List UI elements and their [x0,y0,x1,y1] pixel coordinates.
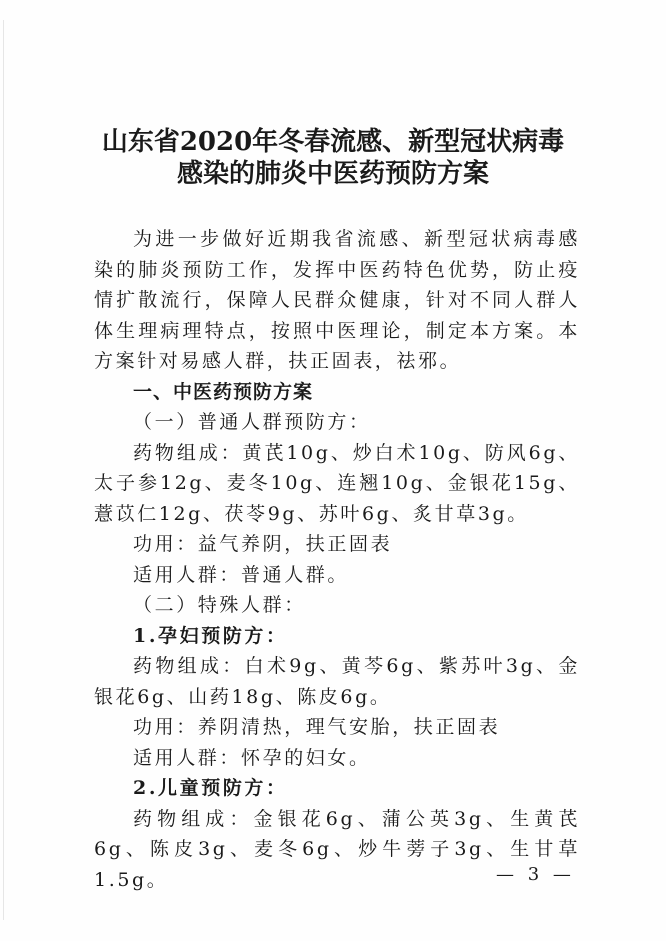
document-body: 为进一步做好近期我省流感、新型冠状病毒感染的肺炎预防工作，发挥中医药特色优势，防… [94,224,580,895]
document-title-line1: 山东省2020年冬春流感、新型冠状病毒 [0,126,666,158]
pregnant-function: 功用：养阴清热，理气安胎，扶正固表 [94,712,580,743]
special-heading: （二）特殊人群： [94,590,580,621]
general-composition: 药物组成：黄芪10g、炒白术10g、防风6g、太子参12g、麦冬10g、连翘10… [94,438,580,530]
children-heading: 2.儿童预防方： [94,773,580,804]
pregnant-population: 适用人群：怀孕的妇女。 [94,743,580,774]
document-page: 山东省2020年冬春流感、新型冠状病毒 感染的肺炎中医药预防方案 为进一步做好近… [0,0,666,941]
pregnant-heading: 1.孕妇预防方： [94,621,580,652]
document-title-line2: 感染的肺炎中医药预防方案 [0,158,666,190]
section-heading: 一、中医药预防方案 [94,377,580,408]
pregnant-composition: 药物组成：白术9g、黄芩6g、紫苏叶3g、金银花6g、山药18g、陈皮6g。 [94,651,580,712]
intro-paragraph: 为进一步做好近期我省流感、新型冠状病毒感染的肺炎预防工作，发挥中医药特色优势，防… [94,224,580,377]
general-heading: （一）普通人群预防方： [94,407,580,438]
general-population: 适用人群：普通人群。 [94,560,580,591]
general-function: 功用：益气养阴，扶正固表 [94,529,580,560]
page-number: — 3 — [496,864,575,885]
